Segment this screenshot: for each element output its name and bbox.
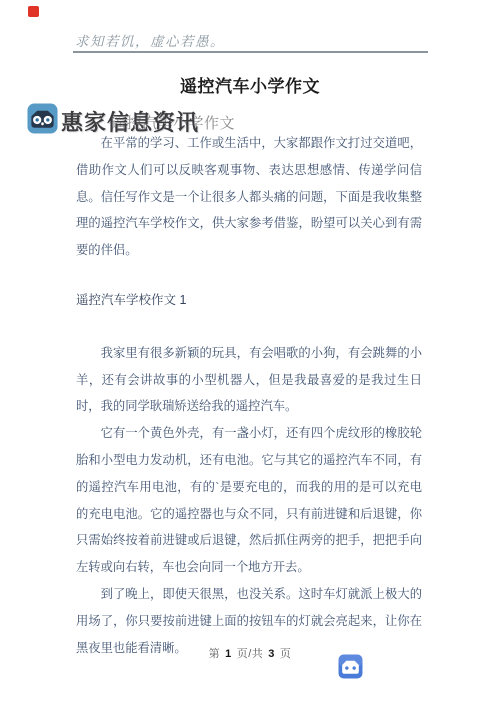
current-page-number: 1 xyxy=(225,648,232,660)
page-title: 遥控汽车小学作文 xyxy=(0,72,500,97)
footer-middle: 页/共 xyxy=(237,648,264,660)
essay-body: 在平常的学习、工作或生活中，大家都跟作文打过交道吧，借助作文人们可以反映客观事物… xyxy=(76,130,422,661)
robot-mascot-icon xyxy=(27,103,58,134)
paragraph-intro: 在平常的学习、工作或生活中，大家都跟作文打过交道吧，借助作文人们可以反映客观事物… xyxy=(76,130,422,264)
header-motto: 求知若饥，虚心若愚。 xyxy=(75,30,225,50)
paragraph-toys: 我家里有很多新颖的玩具，有会唱歌的小狗，有会跳舞的小羊，还有会讲故事的小型机器人… xyxy=(76,340,422,420)
footer-prefix: 第 xyxy=(209,648,221,660)
footer-suffix: 页 xyxy=(280,648,292,660)
app-logo-icon xyxy=(338,654,363,679)
red-square-marker-icon xyxy=(28,6,39,17)
paragraph-car-description: 它有一个黄色外壳，有一盏小灯，还有四个虎纹形的橡胶轮胎和小型电力发动机，还有电池… xyxy=(76,420,422,581)
page-number-footer: 第1页/共3页 xyxy=(0,645,500,661)
document-page: 求知若饥，虚心若愚。 遥控汽车小学作文 遥控汽车小学作文 惠家信息资讯 在平常的… xyxy=(0,0,500,707)
header-divider xyxy=(73,51,428,53)
total-page-number: 3 xyxy=(268,648,275,660)
essay-subheading: 遥控汽车学校作文 1 xyxy=(76,287,422,314)
